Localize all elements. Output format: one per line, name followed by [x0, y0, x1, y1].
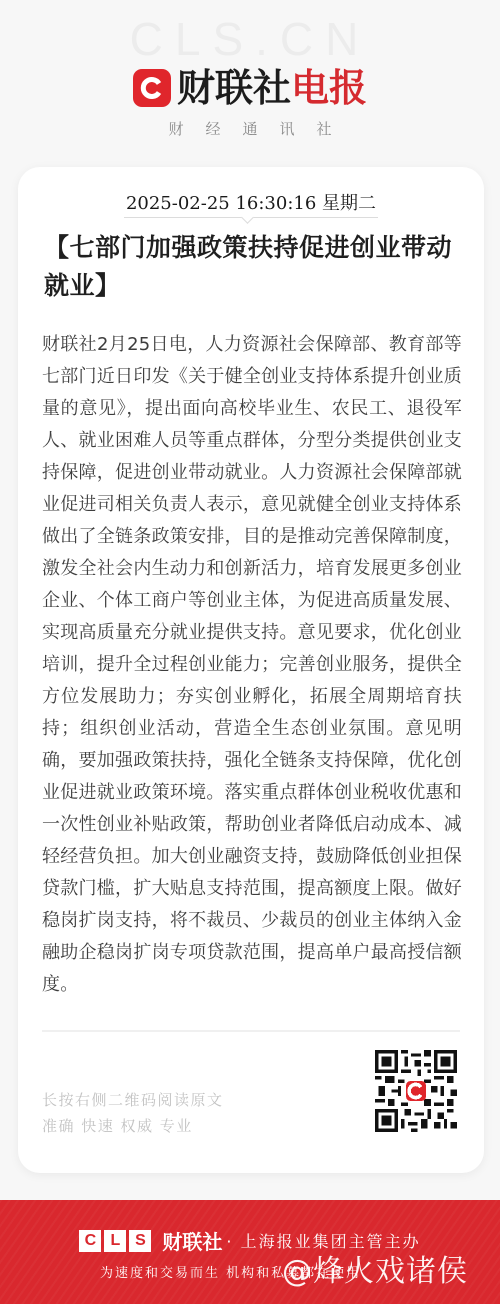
brand-subtitle: 财经通讯社 — [0, 118, 500, 139]
header: CLS.CN 财联社 电报 财经通讯社 — [0, 0, 500, 170]
qr-hint: 长按右侧二维码阅读原文 — [42, 1087, 224, 1113]
user-watermark: @烽火戏诸侯 — [282, 1246, 468, 1290]
cls-letter-c: C — [79, 1230, 101, 1252]
bottom-brand-band: C L S 财联社 · 上海报业集团主管主办 为速度和交易而生 机构和私募都在使… — [0, 1200, 500, 1304]
brand-suffix: 电报 — [291, 69, 367, 107]
cls-letter-l: L — [104, 1230, 126, 1252]
article-body: 财联社2月25日电，人力资源社会保障部、教育部等七部门近日印发《关于健全创业支持… — [42, 329, 462, 1001]
domain-watermark: CLS.CN — [0, 12, 500, 66]
footer-divider — [42, 1030, 460, 1032]
article-card: 2025-02-25 16:30:16 星期二 【七部门加强政策扶持促进创业带动… — [18, 167, 484, 1173]
qr-code-icon[interactable] — [375, 1050, 457, 1132]
article-headline: 【七部门加强政策扶持促进创业带动就业】 — [44, 229, 468, 305]
footer-note: 长按右侧二维码阅读原文 准确 快速 权威 专业 — [42, 1087, 224, 1139]
band-brand-name: 财联社 — [162, 1226, 222, 1255]
brand-row: 财联社 电报 — [0, 64, 500, 112]
cls-letter-s: S — [129, 1230, 151, 1252]
cls-logo-icon — [133, 69, 171, 107]
brand-name: 财联社 — [177, 69, 291, 107]
article-datetime: 2025-02-25 16:30:16 星期二 — [18, 189, 484, 215]
slogan: 准确 快速 权威 专业 — [42, 1113, 224, 1139]
